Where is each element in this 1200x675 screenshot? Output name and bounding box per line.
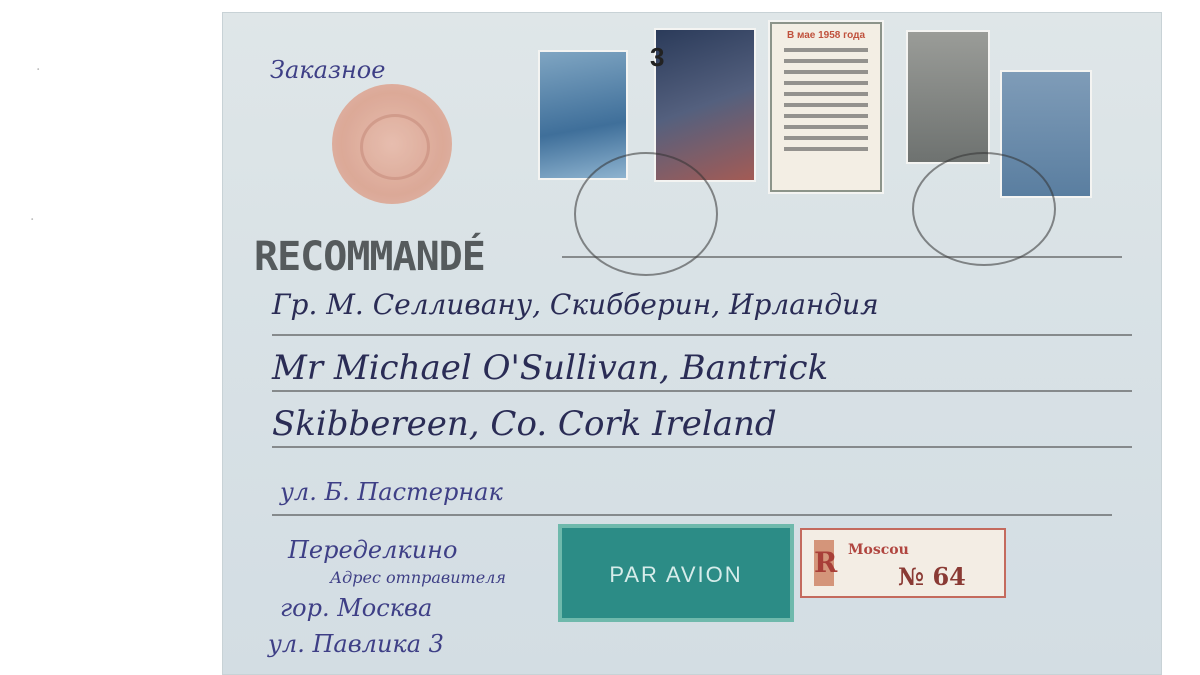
registered-stamp: RECOMMANDÉ [254,234,485,280]
sender-line-3: Адрес отправителя [330,568,506,587]
recipient-line-3: Skibbereen, Co. Cork Ireland [272,404,777,444]
postmark [912,152,1056,266]
address-rule [272,390,1132,392]
envelope: Заказное 3 В мае 1958 года RECOMMANDÉ Гр… [222,12,1162,675]
recipient-line-2: Mr Michael O'Sullivan, Bantrick [272,348,828,388]
sender-line-2: Переделкино [288,536,457,564]
sender-line-5: ул. Павлика 3 [268,630,444,658]
address-rule [272,334,1132,336]
ussr-emblem-icon [332,84,452,204]
handwritten-note: Заказное [270,56,385,84]
portrait-stamp [908,32,988,162]
sender-line-4: гор. Москва [280,594,432,622]
address-rule [272,514,1112,516]
airmail-label: PAR AVION [558,524,794,622]
recipient-line-1: Гр. М. Селливану, Скибберин, Ирландия [272,288,879,321]
address-rule [562,256,1122,258]
commemorative-tab: В мае 1958 года [770,22,882,192]
sender-line-1: ул. Б. Пастернак [280,478,503,506]
address-rule [272,446,1132,448]
speck: · [30,212,34,228]
registration-label: R Moscou № 64 [800,528,1006,598]
speck: · [36,62,40,78]
